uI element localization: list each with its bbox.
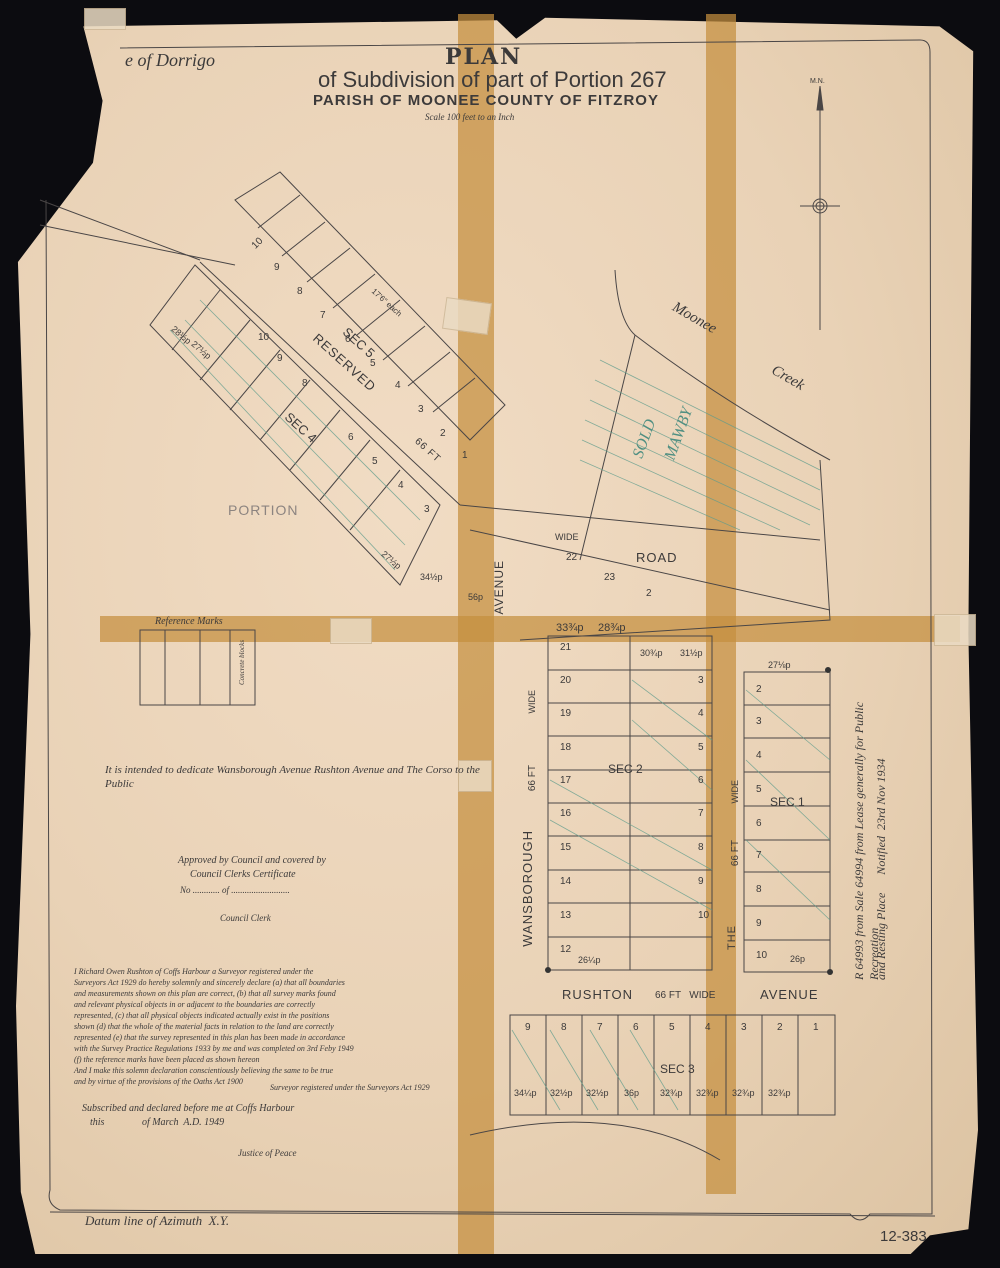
sec4-lot: 3 — [424, 504, 430, 515]
surveyor-registered-line: Surveyor registered under the Surveyors … — [270, 1082, 430, 1093]
sec1-lot: 10 — [756, 950, 767, 961]
sec1-lot: 5 — [756, 784, 762, 795]
sec2-lot: 20 — [560, 675, 571, 686]
sec2-lot: 5 — [698, 742, 704, 753]
sec1-lot: 9 — [756, 918, 762, 929]
sec3-area: 34¼p — [514, 1088, 537, 1098]
sec2-lot: 7 — [698, 808, 704, 819]
sec3-lot: 8 — [561, 1022, 567, 1033]
surveyor-declaration: I Richard Owen Rushton of Coffs Harbour … — [74, 966, 474, 1087]
sec5-lot: 4 — [395, 380, 401, 391]
sec5-lot: 6 — [345, 334, 351, 345]
sec2-area: 31½p — [680, 648, 703, 658]
road-lot: 2 — [646, 588, 652, 599]
sec2-lot: 6 — [698, 775, 704, 786]
sec1-area: 26p — [790, 954, 805, 964]
road-wide-label: WIDE — [555, 532, 579, 542]
sec3-area: 32¾p — [768, 1088, 791, 1098]
sec2-lot: 14 — [560, 876, 571, 887]
reference-marks-note: Concrete blocks — [238, 640, 246, 685]
sec4-lot: 4 — [398, 480, 404, 491]
top-area: 28¾p — [598, 622, 626, 634]
sec2-area: 26¼p — [578, 955, 601, 965]
sec5-lot: 9 — [274, 262, 280, 273]
council-clerk-label: Council Clerk — [220, 913, 271, 923]
sec3-lot: 6 — [633, 1022, 639, 1033]
sec1-lot: 7 — [756, 850, 762, 861]
sec2-lot: 16 — [560, 808, 571, 819]
sec1-lot: 8 — [756, 884, 762, 895]
declaration-line: Surveyors Act 1929 do hereby solemnly an… — [74, 977, 474, 988]
sec3-lot: 2 — [777, 1022, 783, 1033]
section-1-label: SEC 1 — [770, 795, 805, 809]
sec2-lot: 13 — [560, 910, 571, 921]
sec5-lot: 1 — [462, 450, 468, 461]
approval-line-1: Approved by Council and covered by — [178, 855, 326, 866]
declaration-line: represented (e) that the survey represen… — [74, 1032, 474, 1043]
sec5-lot: 8 — [297, 286, 303, 297]
sec3-lot: 3 — [741, 1022, 747, 1033]
sec2-lot: 21 — [560, 642, 571, 653]
sec4-lot: 5 — [372, 456, 378, 467]
datum-line-label: Datum line of Azimuth X.Y. — [85, 1213, 229, 1229]
sec3-lot: 1 — [813, 1022, 819, 1033]
sec4-lot: 10 — [258, 332, 269, 343]
north-arrow-label: M.N. — [810, 78, 825, 85]
wansborough-66ft-label: 66 FT — [527, 765, 538, 791]
justice-of-peace-label: Justice of Peace — [238, 1148, 296, 1158]
sec1-lot: 6 — [756, 818, 762, 829]
sec4-lot-area: 56p — [468, 592, 483, 602]
sec2-lot: 4 — [698, 708, 704, 719]
rushton-width-label: 66 FT WIDE — [655, 990, 715, 1001]
declaration-line: (f) the reference marks have been placed… — [74, 1054, 474, 1065]
declaration-line: with the Survey Practice Regulations 193… — [74, 1043, 474, 1054]
portion-label: PORTION — [228, 502, 299, 518]
declaration-line: and relevant physical objects in or adja… — [74, 999, 474, 1010]
sec1-lot: 2 — [756, 684, 762, 695]
sec2-lot: 12 — [560, 944, 571, 955]
sec3-lot: 9 — [525, 1022, 531, 1033]
sec3-area: 36p — [624, 1088, 639, 1098]
dedication-note: It is intended to dedicate Wansborough A… — [105, 763, 485, 791]
sec5-lot: 5 — [370, 358, 376, 369]
north-arrow-icon — [816, 86, 824, 94]
sec2-lot: 10 — [698, 910, 709, 921]
declaration-line: I Richard Owen Rushton of Coffs Harbour … — [74, 966, 474, 977]
sec2-lot: 18 — [560, 742, 571, 753]
wansborough-wide-label: WIDE — [527, 690, 537, 714]
avenue-vertical-label: AVENUE — [492, 560, 506, 614]
declaration-line: shown (d) that the whole of the material… — [74, 1021, 474, 1032]
sec4-lot: 6 — [348, 432, 354, 443]
sec2-lot: 15 — [560, 842, 571, 853]
corso-66ft-label: 66 FT — [730, 840, 741, 866]
declaration-line: And I make this solemn declaration consc… — [74, 1065, 474, 1076]
sec5-lot: 2 — [440, 428, 446, 439]
reference-marks-title: Reference Marks — [155, 616, 223, 627]
rushton-avenue-label: AVENUE — [760, 987, 819, 1002]
corso-wide-label: WIDE — [730, 780, 740, 804]
sec3-area: 32¾p — [660, 1088, 683, 1098]
rushton-label: RUSHTON — [562, 987, 633, 1002]
sec3-lot: 5 — [669, 1022, 675, 1033]
road-name-label: ROAD — [636, 550, 678, 565]
scale-note: Scale 100 feet to an Inch — [425, 112, 514, 122]
the-corso-label: THE — [726, 925, 738, 950]
approval-number: No ............ of .....................… — [180, 885, 290, 895]
map-subtitle: of Subdivision of part of Portion 267 — [318, 67, 667, 93]
section-2-label: SEC 2 — [608, 762, 643, 776]
catalogue-number: 12-383 — [880, 1228, 927, 1245]
sec4-lot: 9 — [277, 353, 283, 364]
sec3-area: 32½p — [550, 1088, 573, 1098]
sec3-area: 32¾p — [696, 1088, 719, 1098]
sec1-area: 27⅛p — [768, 660, 791, 670]
sec3-area: 32¾p — [732, 1088, 755, 1098]
sec4-lot: 8 — [302, 378, 308, 389]
sec3-lot: 4 — [705, 1022, 711, 1033]
sec4-lot-area: 34½p — [420, 572, 443, 582]
sec5-lot: 7 — [320, 310, 326, 321]
parish-county-line: PARISH OF MOONEE COUNTY OF FITZROY — [313, 92, 659, 109]
road-lot: 22 — [566, 552, 577, 563]
sec1-lot: 3 — [756, 716, 762, 727]
declaration-line: represented, (c) that all physical objec… — [74, 1010, 474, 1021]
sec3-area: 32½p — [586, 1088, 609, 1098]
sec3-lot: 7 — [597, 1022, 603, 1033]
corner-label: e of Dorrigo — [125, 50, 215, 71]
sec5-lot: 3 — [418, 404, 424, 415]
road-lot: 23 — [604, 572, 615, 583]
wansborough-avenue-label: WANSBOROUGH — [520, 830, 535, 947]
reserve-note-2: and Resting Place Notified 23rd Nov 1934 — [874, 700, 889, 980]
declaration-line: and measurements shown on this plan are … — [74, 988, 474, 999]
top-area: 33¾p — [556, 622, 584, 634]
sec2-lot: 19 — [560, 708, 571, 719]
sec2-lot: 3 — [698, 675, 704, 686]
sec2-lot: 17 — [560, 775, 571, 786]
sec1-lot: 4 — [756, 750, 762, 761]
sec2-lot: 8 — [698, 842, 704, 853]
sec2-area: 30¾p — [640, 648, 663, 658]
approval-line-2: Council Clerks Certificate — [190, 869, 296, 880]
sec2-lot: 9 — [698, 876, 704, 887]
subscribed-line-1: Subscribed and declared before me at Cof… — [82, 1103, 294, 1114]
section-3-label: SEC 3 — [660, 1062, 695, 1076]
subscribed-line-2: this of March A.D. 1949 — [90, 1117, 224, 1128]
